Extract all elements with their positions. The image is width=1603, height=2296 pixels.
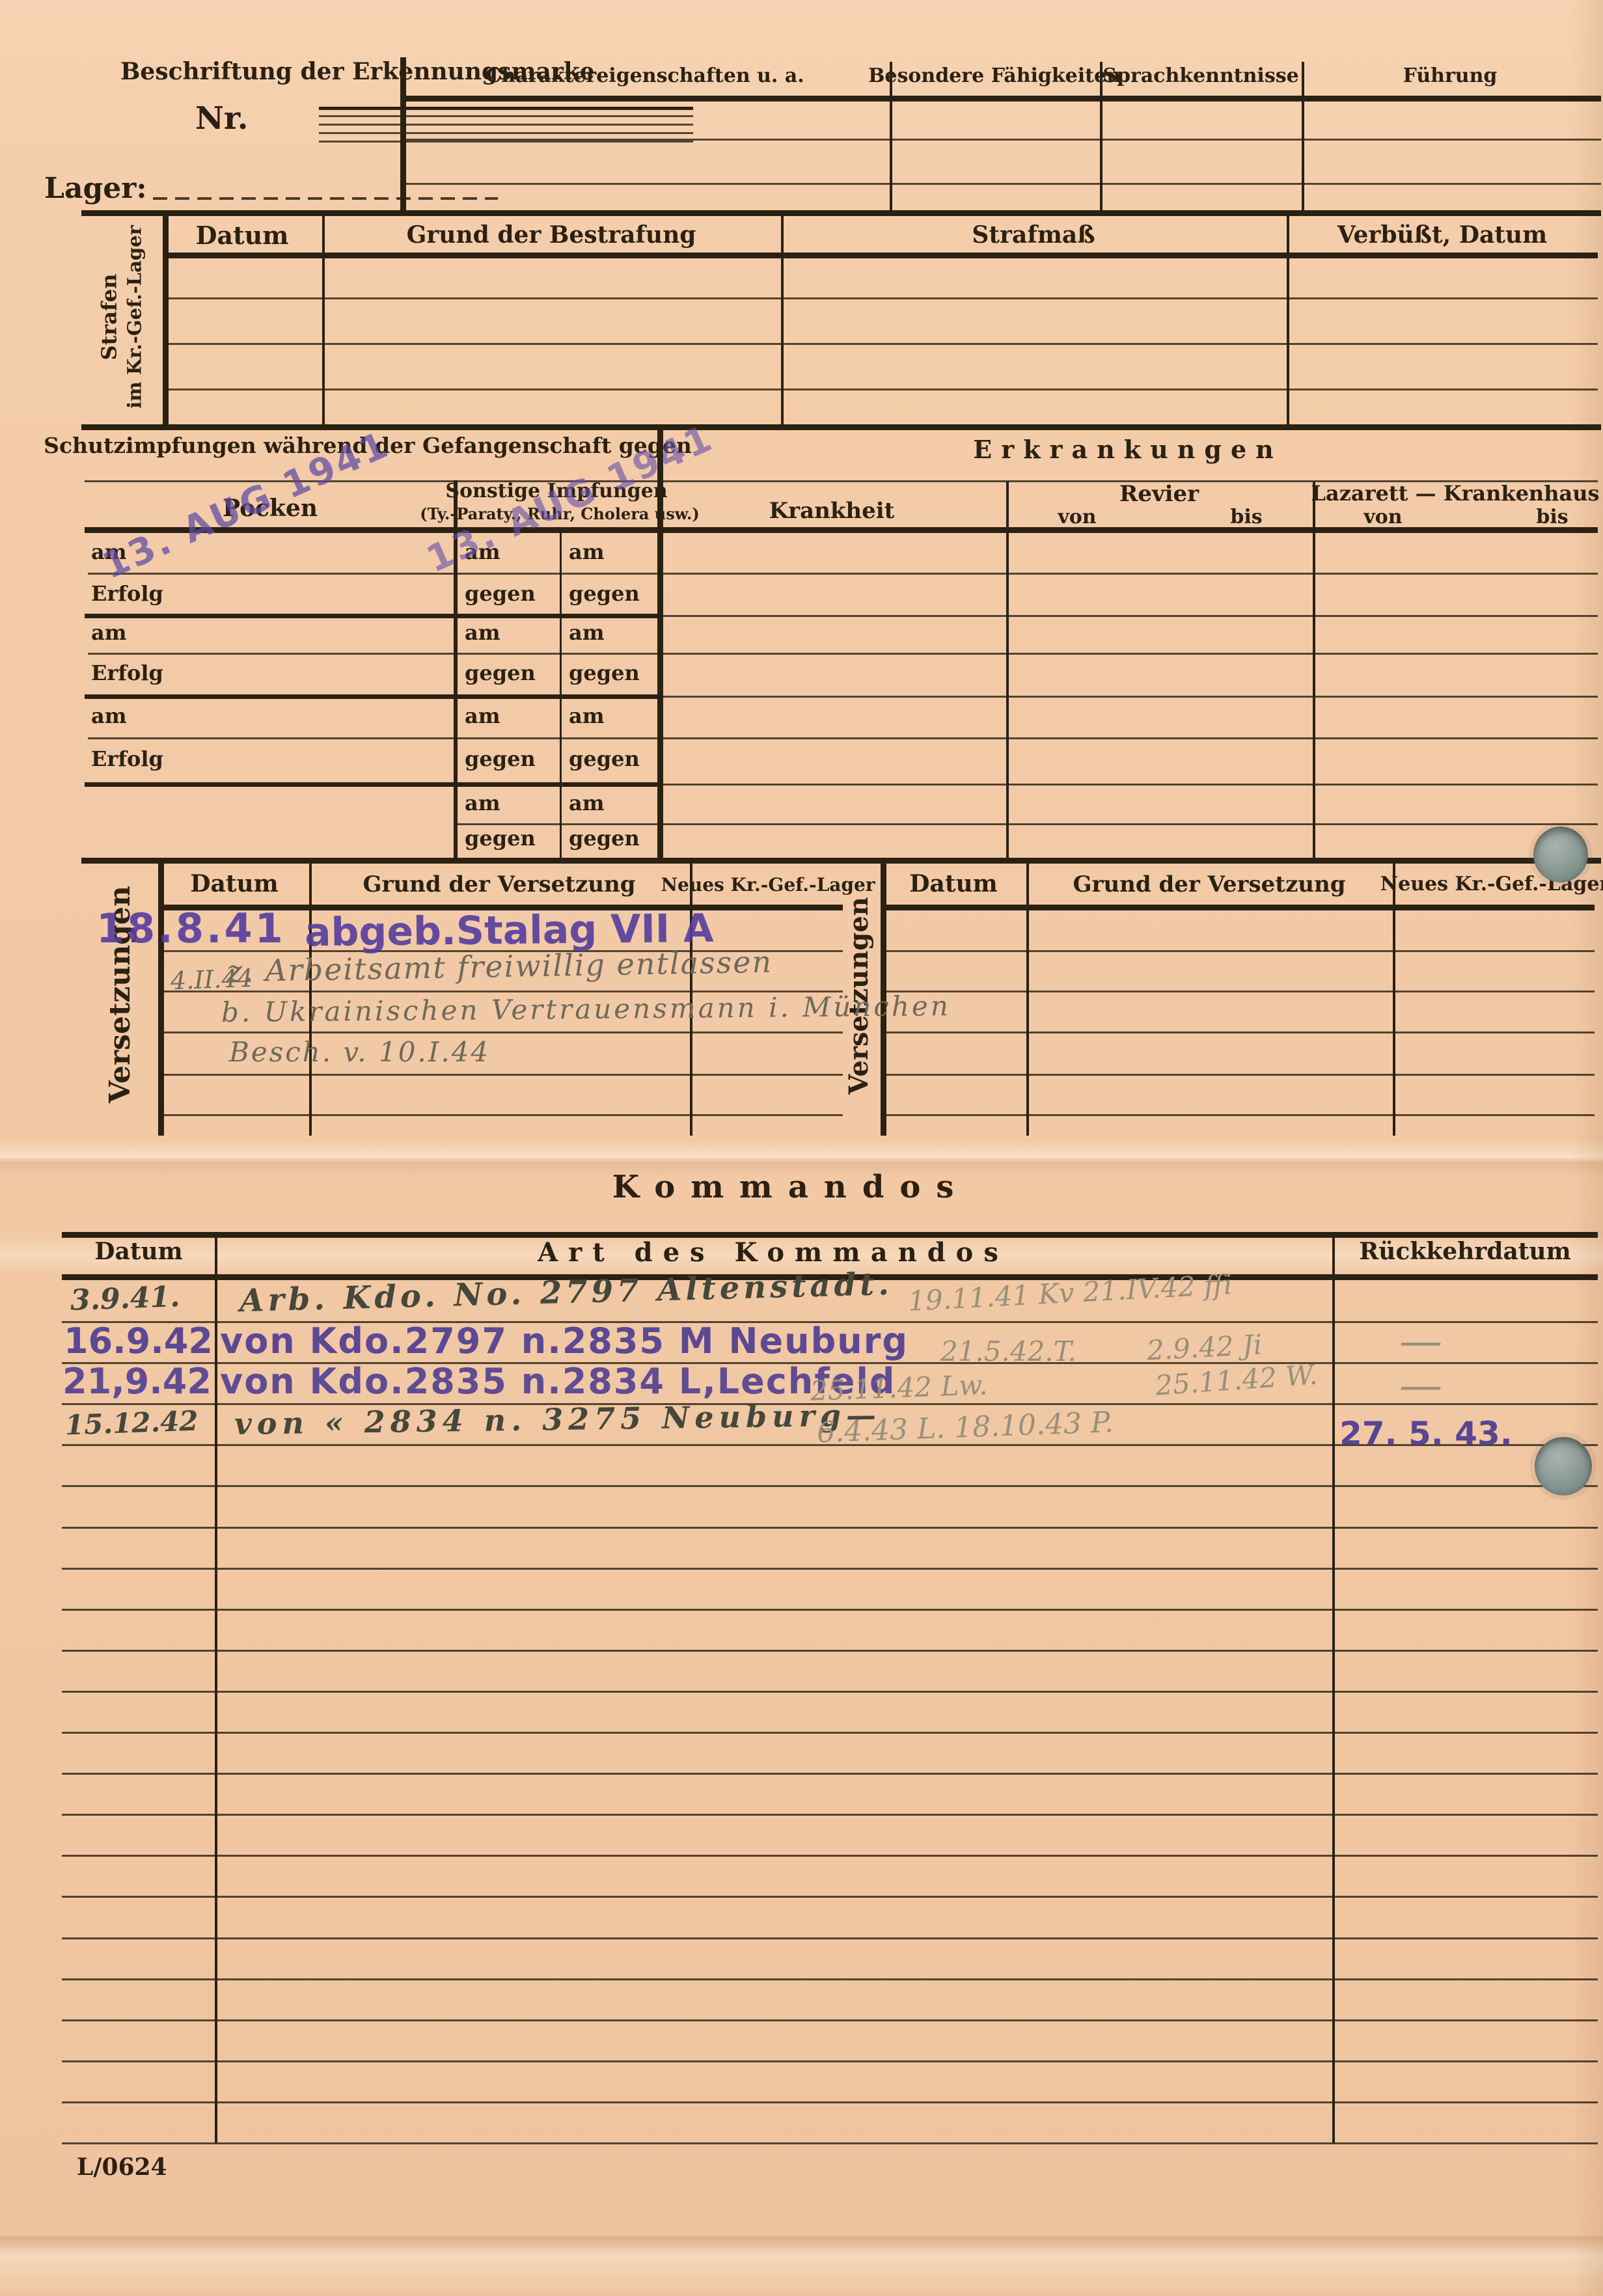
id-nr-label: Nr. xyxy=(195,103,248,134)
kommando-row-art: von « 2834 n. 3275 Neuburg— xyxy=(234,1400,882,1439)
table-line xyxy=(884,950,1595,952)
nr-rule-line xyxy=(319,124,693,126)
impfung-am-label: am xyxy=(569,622,605,643)
column-header-charakter: Charaktereigenschaften u. a. xyxy=(486,66,804,86)
kommando-row-note2: 25.11.42 W. xyxy=(1155,1361,1319,1399)
impfung-gegen-label: gegen xyxy=(569,828,640,849)
fold-crease-bottom xyxy=(0,2236,1603,2296)
pow-record-card: Beschriftung der Erkennungsmarke Nr. Lag… xyxy=(0,0,1603,2296)
table-line xyxy=(1006,482,1009,858)
table-line xyxy=(166,253,1598,258)
impfung-gegen-label: gegen xyxy=(569,748,640,769)
table-line xyxy=(85,782,657,787)
table-line xyxy=(657,784,1598,786)
table-line xyxy=(1302,62,1304,210)
punch-hole xyxy=(1533,827,1588,882)
table-line xyxy=(158,858,164,1136)
table-line xyxy=(1287,210,1289,424)
section-line xyxy=(81,424,1601,430)
impfung-gegen-label: gegen xyxy=(465,663,536,683)
kommando-row-datum: 16.9.42 xyxy=(64,1324,213,1359)
table-line xyxy=(404,183,1601,185)
table-line xyxy=(1026,858,1029,1136)
column-header-faehigkeiten: Besondere Fähigkeiten xyxy=(868,66,1121,86)
kommandos-row-line xyxy=(62,2019,1598,2021)
table-line xyxy=(781,210,784,424)
kommandos-col-datum: Datum xyxy=(94,1240,182,1263)
table-line xyxy=(404,139,1601,141)
kommandos-row-line xyxy=(62,1527,1598,1529)
kommando-row-rueckkehr: — xyxy=(1399,1320,1442,1363)
kommando-row-art: von Kdo.2835 n.2834 L,Lechfeld xyxy=(220,1364,896,1399)
strafen-side-label: Strafen im Kr.-Gef.-Lager xyxy=(97,225,147,409)
kommando-row-art: von Kdo.2797 n.2835 M Neuburg xyxy=(220,1324,909,1359)
strafen-side-label-line2: im Kr.-Gef.-Lager xyxy=(124,225,146,409)
nr-rule-line xyxy=(319,132,693,134)
kommando-row-note: 21.5.42.T. xyxy=(940,1338,1076,1365)
erkrankungen-col-revier: Revier xyxy=(1119,483,1199,505)
versetzungen-col-grund: Grund der Versetzung xyxy=(363,873,636,895)
pocken-am-label: am xyxy=(91,705,127,726)
table-line xyxy=(884,1032,1595,1033)
pocken-am-label: am xyxy=(91,622,127,643)
kommandos-row-line xyxy=(62,1978,1598,1980)
table-line xyxy=(1313,482,1315,858)
kommandos-row-line xyxy=(62,1896,1598,1898)
kommandos-row-line xyxy=(62,1650,1598,1652)
table-line xyxy=(400,96,1601,102)
kommandos-row-line xyxy=(62,1568,1598,1570)
impfung-am-label: am xyxy=(465,622,500,643)
nr-rule-line xyxy=(319,141,693,143)
impfung-am-label: am xyxy=(569,793,605,813)
kommandos-row-line xyxy=(62,1855,1598,1857)
pocken-erfolg-label: Erfolg xyxy=(91,583,163,604)
table-line xyxy=(657,696,1598,698)
table-line xyxy=(456,823,1598,825)
kommandos-row-line xyxy=(62,1732,1598,1734)
table-line xyxy=(163,1114,843,1116)
versetzungen-col-datum: Datum xyxy=(909,872,997,895)
impfung-am-label: am xyxy=(465,793,500,813)
kommandos-title: Kommandos xyxy=(612,1171,970,1203)
erkrankungen-title: Erkrankungen xyxy=(973,437,1283,462)
table-line xyxy=(163,1032,843,1033)
kommandos-row-line xyxy=(62,1773,1598,1775)
table-line xyxy=(657,615,1598,617)
kommando-row-rueckkehr: — xyxy=(1399,1364,1442,1407)
table-line xyxy=(215,1232,217,2143)
transfer-entry-line3: Besch. v. 10.I.44 xyxy=(229,1039,490,1066)
strafen-col-grund: Grund der Bestrafung xyxy=(407,223,696,247)
kommandos-row-line xyxy=(62,1485,1598,1487)
table-line xyxy=(884,1074,1595,1076)
impfung-gegen-label: gegen xyxy=(465,828,536,849)
table-line xyxy=(400,57,406,210)
table-line xyxy=(85,614,657,618)
column-header-sprachen: Sprachkenntnisse xyxy=(1103,66,1298,86)
kommandos-row-line xyxy=(62,1691,1598,1693)
kommandos-row-line xyxy=(62,2060,1598,2062)
table-line xyxy=(884,991,1595,992)
strafen-col-verbuesst: Verbüßt, Datum xyxy=(1337,223,1547,247)
table-line xyxy=(166,297,1598,299)
kommando-row-datum: 3.9.41. xyxy=(70,1283,180,1315)
table-line xyxy=(322,210,325,424)
return-date-stamp: 27. 5. 43. xyxy=(1339,1417,1513,1450)
versetzungen-col-neues: Neues Kr.-Gef.-Lager xyxy=(661,876,875,894)
lager-label: Lager: xyxy=(44,174,147,203)
versetzungen-col-datum: Datum xyxy=(190,872,278,895)
kommandos-col-art: Art des Kommandos xyxy=(538,1240,1009,1266)
kommando-row-datum: 15.12.42 xyxy=(64,1407,199,1439)
table-line xyxy=(884,1114,1595,1116)
lager-fill-line xyxy=(153,197,498,200)
erkrankungen-revier-bis: bis xyxy=(1230,508,1262,527)
impfung-am-label: am xyxy=(569,705,605,726)
versetzungen-col-grund: Grund der Versetzung xyxy=(1073,873,1346,895)
strafen-col-strafmass: Strafmaß xyxy=(972,223,1095,247)
punch-hole xyxy=(1535,1437,1592,1496)
erkrankungen-lazarett-von: von xyxy=(1363,508,1402,527)
table-line xyxy=(163,1074,843,1076)
table-line xyxy=(85,694,657,699)
kommandos-row-line xyxy=(62,1937,1598,1939)
table-line xyxy=(884,905,1595,910)
impfung-gegen-label: gegen xyxy=(465,583,536,604)
table-line xyxy=(88,653,1598,655)
strafen-col-datum: Datum xyxy=(196,223,289,248)
impfung-am-label: am xyxy=(569,541,605,562)
transfer-entry-line2: b. Ukrainischen Vertrauensmann i. Münche… xyxy=(221,992,951,1026)
erkrankungen-col-krankheit: Krankheit xyxy=(769,500,895,522)
kommandos-col-rueckkehr: Rückkehrdatum xyxy=(1359,1240,1570,1263)
kommandos-row-line xyxy=(62,1609,1598,1611)
nr-rule-line xyxy=(319,107,693,110)
impfung-gegen-label: gegen xyxy=(569,583,640,604)
kommando-row-note: 6.4.43 L. 18.10.43 P. xyxy=(816,1408,1114,1447)
table-line xyxy=(88,737,1598,739)
erkrankungen-col-lazarett: Lazarett — Krankenhaus xyxy=(1311,483,1600,504)
transfer-date-stamp: 18.8.41 xyxy=(96,909,286,949)
table-line xyxy=(1393,858,1395,1136)
table-line xyxy=(1332,1232,1335,2143)
table-line xyxy=(88,573,1598,575)
transfer-entry-line1: z. Arbeitsamt freiwillig entlassen xyxy=(226,947,773,987)
pocken-erfolg-label: Erfolg xyxy=(91,748,163,769)
erkrankungen-revier-von: von xyxy=(1058,508,1096,527)
impfung-am-label: am xyxy=(465,705,500,726)
table-line xyxy=(560,527,562,858)
pocken-erfolg-label: Erfolg xyxy=(91,663,163,683)
nr-rule-line xyxy=(319,115,693,117)
column-header-fuehrung: Führung xyxy=(1403,66,1498,86)
table-line xyxy=(166,343,1598,345)
impfung-gegen-label: gegen xyxy=(569,663,640,683)
kommando-row-datum: 21,9.42 xyxy=(62,1364,212,1399)
kommandos-row-line xyxy=(62,1814,1598,1816)
kommandos-row-line xyxy=(62,2142,1598,2144)
table-line xyxy=(163,210,169,424)
strafen-side-label-line1: Strafen xyxy=(97,274,122,361)
form-code: L/0624 xyxy=(77,2155,167,2179)
kommando-row-note2: 2.9.42 Ji xyxy=(1146,1331,1263,1364)
section-line xyxy=(81,210,1601,216)
impfung-gegen-label: gegen xyxy=(465,748,536,769)
table-line xyxy=(166,389,1598,390)
kommandos-row-line xyxy=(62,2101,1598,2103)
erkrankungen-lazarett-bis: bis xyxy=(1536,508,1568,527)
